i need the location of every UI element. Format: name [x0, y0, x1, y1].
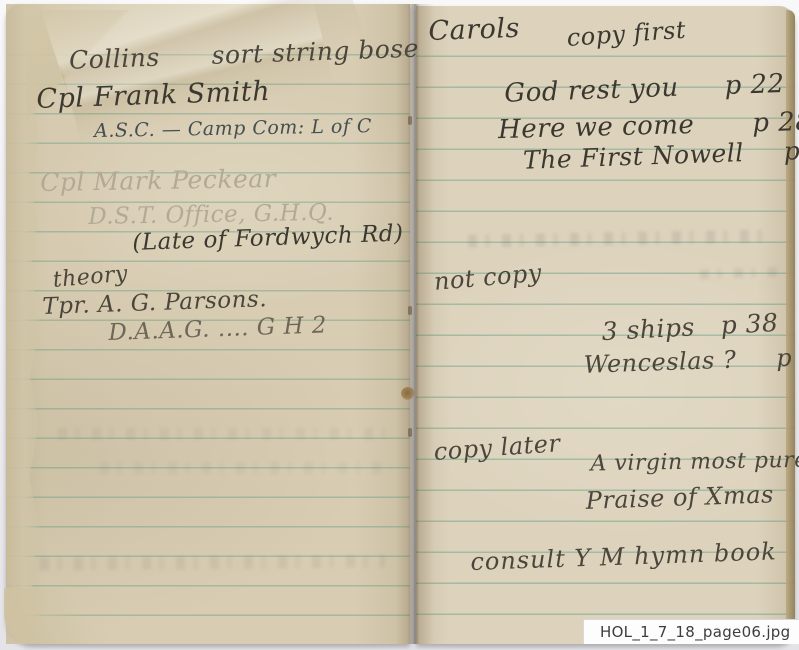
frank-smith-name: Cpl Frank Smith	[36, 78, 271, 113]
carol-line: Praise of Xmasp 50	[552, 455, 799, 538]
carol-line: The First Nowellp 18	[488, 112, 799, 199]
carol-page: p 26	[776, 344, 799, 370]
stitch-mark	[408, 306, 412, 315]
carols-title: Carols	[428, 15, 520, 45]
collins-note: sort string bose	[211, 36, 419, 68]
stitch-mark	[408, 116, 412, 125]
mark-peckear-name: Cpl Mark Peckear	[40, 166, 276, 195]
carol-title: Wenceslas ?	[583, 346, 737, 379]
collins-name: Collins	[69, 43, 161, 75]
frank-smith-unit: A.S.C. — Camp Com: L of C	[94, 117, 372, 141]
carol-title: Praise of Xmas	[585, 480, 774, 515]
notebook-scan: Collinssort string bose Cpl Frank Smith …	[0, 0, 799, 650]
carol-page: p 18	[783, 137, 799, 164]
filename-label: HOL_1_7_18_page06.jpg	[583, 619, 799, 644]
carol-line: Wenceslas ?p 26	[550, 320, 799, 402]
stitch-mark	[408, 428, 412, 437]
ink-stain	[401, 387, 415, 400]
carol-title: The First Nowell	[523, 138, 745, 175]
